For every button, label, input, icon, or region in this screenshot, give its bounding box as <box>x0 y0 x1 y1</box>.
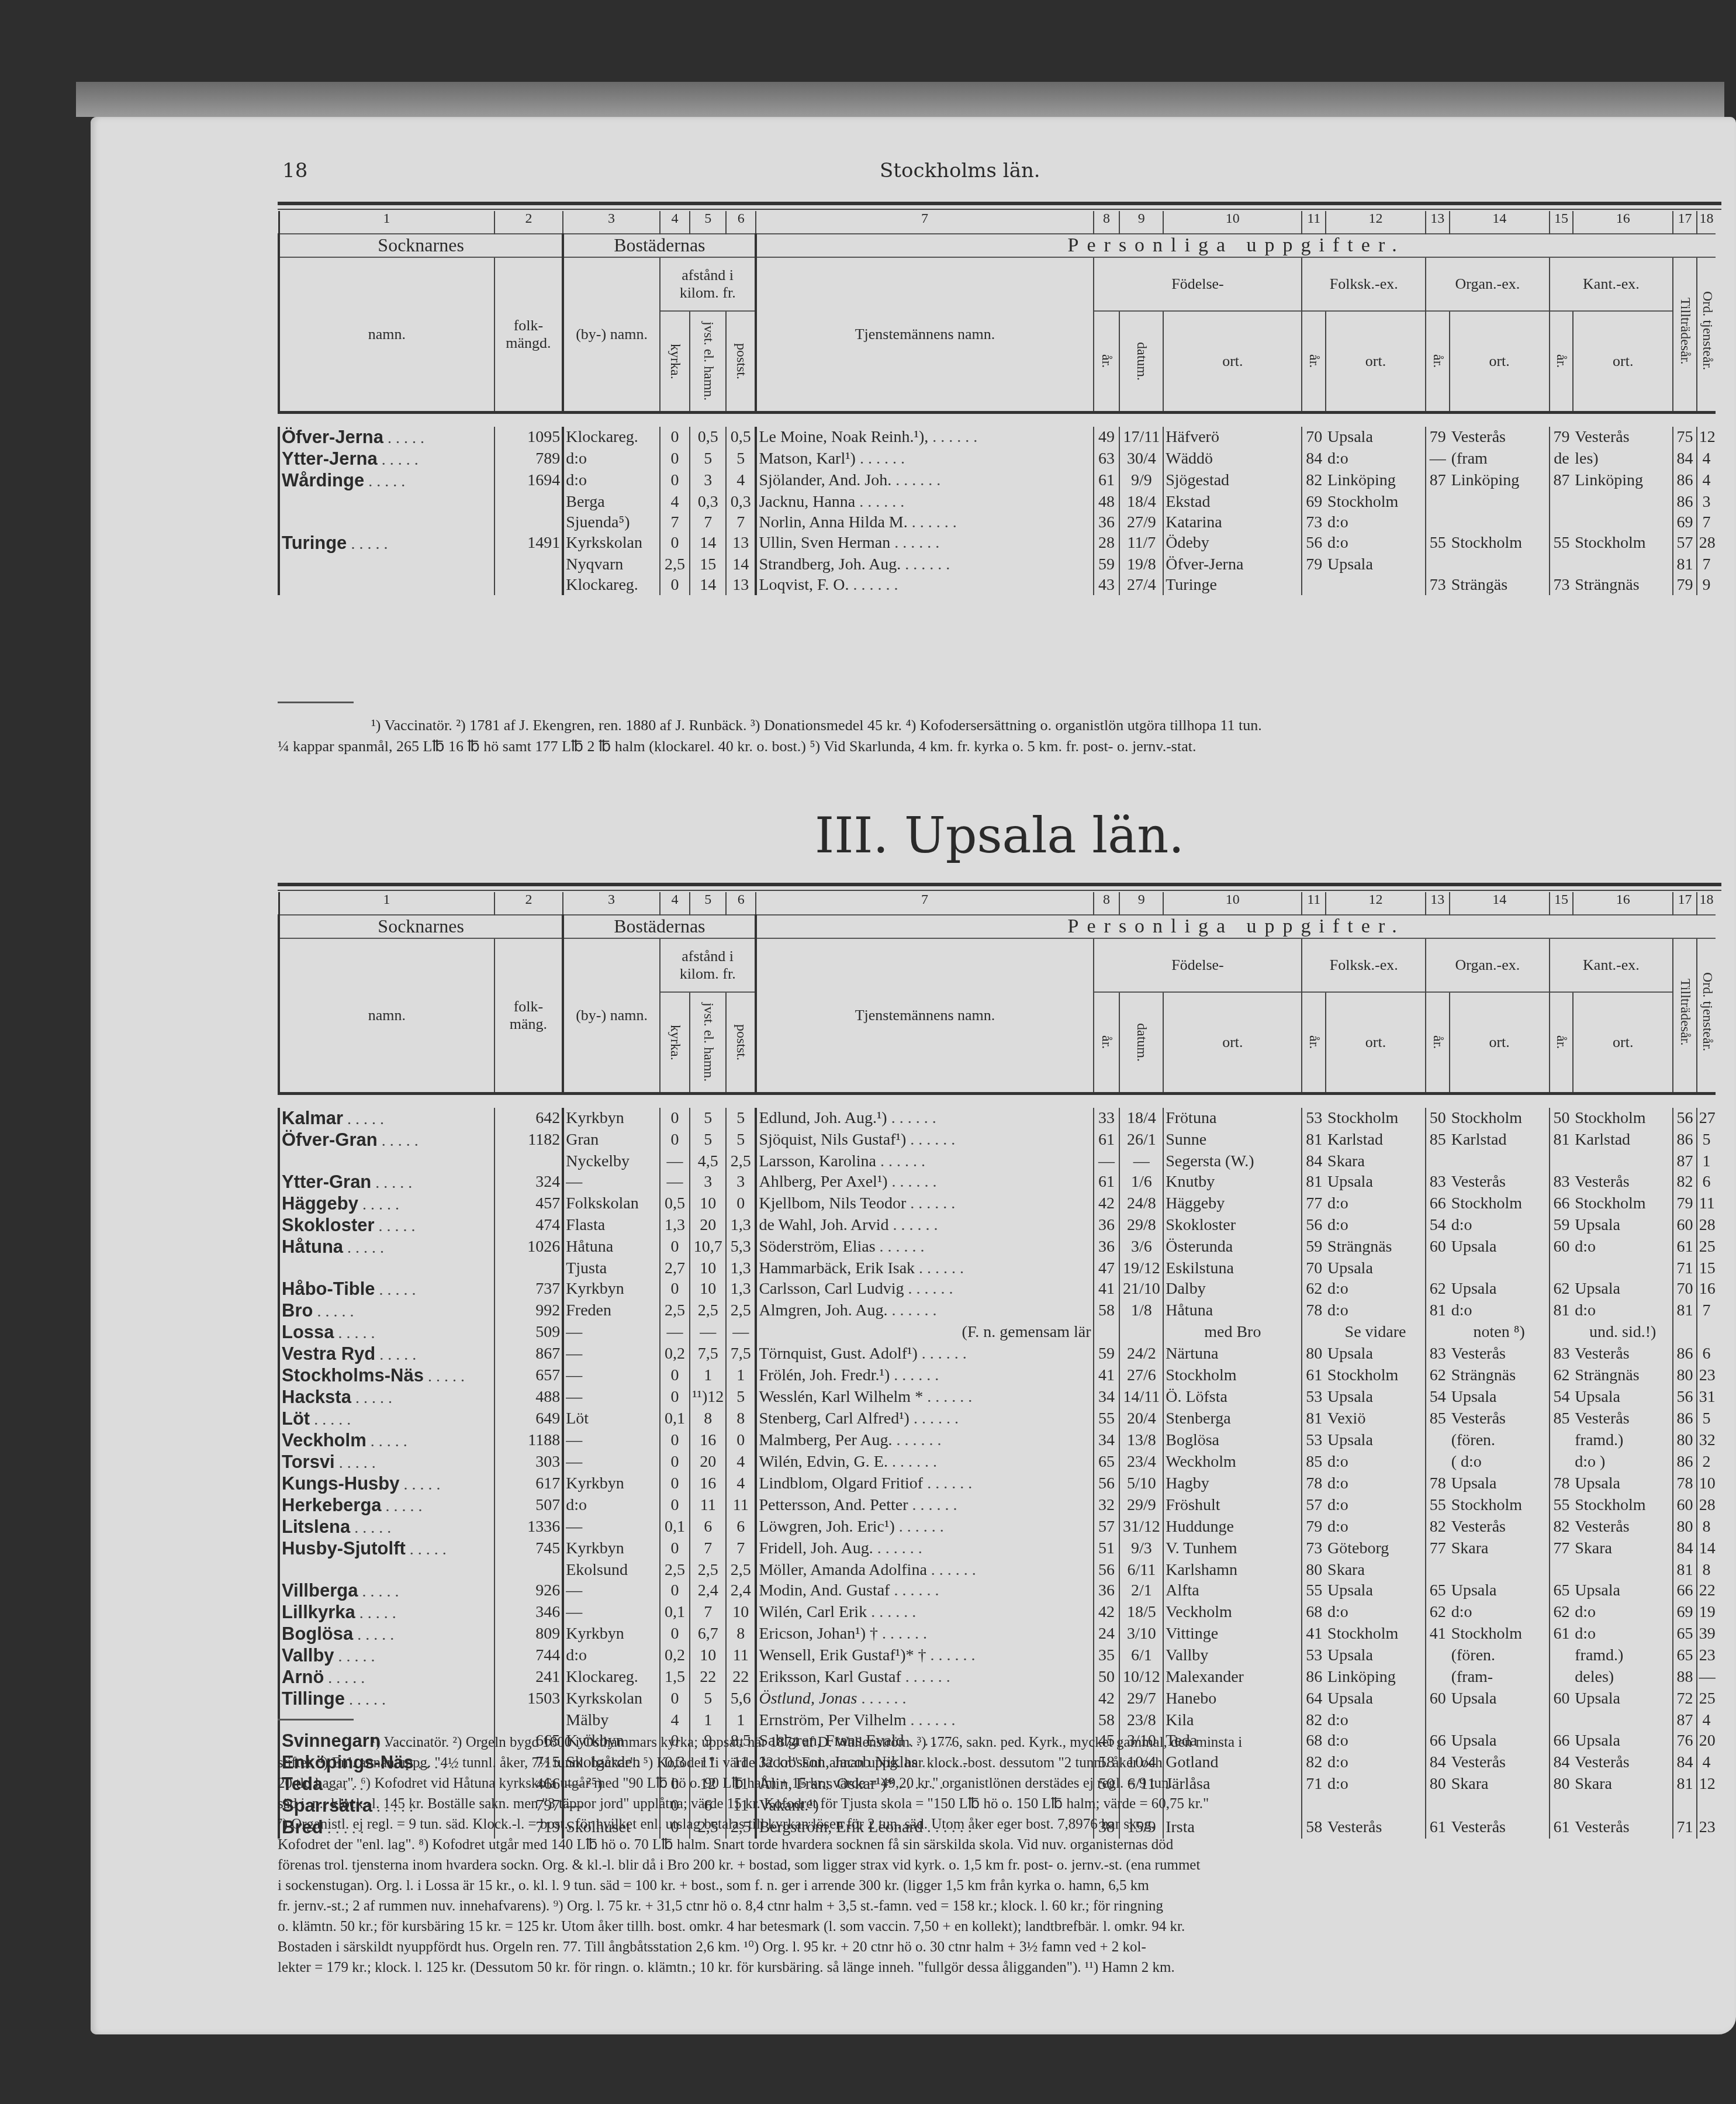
organ-year <box>1426 1151 1450 1172</box>
footnote-line: fr. jernv.-st.; 2 af rummen nuv. innehaf… <box>278 1896 1721 1916</box>
official-name: Löwgren, Joh. Eric¹) <box>759 1518 894 1536</box>
birth-date: 5/10 <box>1119 1473 1163 1495</box>
dist-post: 3 <box>726 1172 756 1193</box>
folksk-year: 78 <box>1302 1300 1326 1322</box>
kant-year <box>1550 1322 1574 1343</box>
birth-date: 1/6 <box>1119 1172 1163 1193</box>
footnote-line: Kofodret der "enl. lag". ⁸) Kofodret utg… <box>278 1834 1721 1855</box>
leader-dots: . . . . . <box>355 1604 396 1622</box>
parish-name: Vestra Ryd <box>282 1343 375 1364</box>
kant-place: Vesterås <box>1573 1172 1673 1193</box>
official-name-cell: Löwgren, Joh. Eric¹) . . . . . . <box>756 1516 1093 1538</box>
folksk-place: Upsala <box>1326 1688 1426 1710</box>
official-name-cell: Wilén, Carl Erik . . . . . . <box>756 1602 1093 1623</box>
accession-year: 57 <box>1673 533 1697 554</box>
official-name: Wensell, Erik Gustaf¹)* † <box>759 1646 926 1664</box>
official-name: Norlin, Anna Hilda M. <box>759 513 907 531</box>
village-name: Nyqvarn <box>563 554 660 575</box>
dist-church: 1,5 <box>660 1667 690 1688</box>
header-organ: Organ.-ex. <box>1426 938 1550 992</box>
column-number: 14 <box>1450 211 1550 234</box>
birth-year: 56 <box>1094 1560 1120 1580</box>
birth-place: Alfta <box>1163 1580 1302 1602</box>
organ-year <box>1426 1430 1450 1452</box>
dist-railway: 14 <box>690 575 726 595</box>
parish-name: Litslena <box>282 1516 350 1537</box>
official-name: Wesslén, Karl Wilhelm * <box>759 1388 923 1406</box>
birth-date: 10/12 <box>1119 1667 1163 1688</box>
accession-year: 80 <box>1673 1365 1697 1387</box>
accession-year: 72 <box>1673 1688 1697 1710</box>
accession-year: 65 <box>1673 1645 1697 1667</box>
leader-dots: . . . . . . <box>888 1301 937 1319</box>
organ-place: d:o <box>1450 1300 1550 1322</box>
village-name: Kyrkskolan <box>563 533 660 554</box>
birth-year: 49 <box>1094 427 1120 448</box>
organ-place: Vesterås <box>1450 1343 1550 1365</box>
dist-post: 8 <box>726 1408 756 1430</box>
organ-place <box>1450 512 1550 533</box>
birth-place: V. Tunhem <box>1163 1538 1302 1560</box>
header-tilltradesar: Tillträdesår. <box>1673 938 1697 1094</box>
birth-year: 36 <box>1094 1236 1120 1258</box>
kant-year: 73 <box>1550 575 1574 595</box>
kant-year: 77 <box>1550 1538 1574 1560</box>
parish-cell: Öfver-Jerna . . . . . <box>279 427 494 448</box>
official-name-cell: Le Moine, Noak Reinh.¹), . . . . . . <box>756 427 1093 448</box>
accession-year: 87 <box>1673 1151 1697 1172</box>
leader-dots: . . . . . . <box>927 1561 976 1579</box>
parish-name: Vallby <box>282 1645 334 1666</box>
birth-date: 27/6 <box>1119 1365 1163 1387</box>
kant-year: 81 <box>1550 1129 1574 1151</box>
official-name-cell: Malmberg, Per Aug. . . . . . . <box>756 1430 1093 1452</box>
population: 744 <box>494 1645 563 1667</box>
column-number: 9 <box>1119 892 1163 915</box>
official-name-cell: Sjöquist, Nils Gustaf¹) . . . . . . <box>756 1129 1093 1151</box>
dist-post: 11 <box>726 1645 756 1667</box>
parish-cell: Lossa . . . . . <box>279 1322 494 1343</box>
table-row: Klockareg.01413Loqvist, F. O. . . . . . … <box>279 575 1716 595</box>
leader-dots: . . . . . <box>371 1174 412 1192</box>
population: 809 <box>494 1623 563 1645</box>
population: 488 <box>494 1387 563 1408</box>
official-name-cell: Ahlberg, Per Axel¹) . . . . . . <box>756 1172 1093 1193</box>
dist-post: 11 <box>726 1495 756 1516</box>
population <box>494 1258 563 1279</box>
header-ord-tjensteår: Ord. tjensteår. <box>1697 257 1716 413</box>
organ-place: Upsala <box>1450 1473 1550 1495</box>
leader-dots: . . . . . . <box>926 1646 976 1664</box>
parish-name: Kalmar <box>282 1108 343 1128</box>
accession-year: 60 <box>1673 1495 1697 1516</box>
birth-year: 35 <box>1094 1645 1120 1667</box>
folksk-place: Vexiö <box>1326 1408 1426 1430</box>
parish-cell: Håtuna . . . . . <box>279 1236 494 1258</box>
header-postst-label: postst. <box>733 993 749 1092</box>
folksk-year: 81 <box>1302 1172 1326 1193</box>
dist-church: 2,5 <box>660 1560 690 1580</box>
leader-dots: . . . . . <box>351 1389 392 1407</box>
kant-year: 61 <box>1550 1623 1574 1645</box>
parish-cell: Litslena . . . . . <box>279 1516 494 1538</box>
footnote-line: ¼ kappar spanmål, 265 L℔ 16 ℔ hö samt 17… <box>278 736 1721 757</box>
table-row: Wårdinge . . . . .1694d:o034Sjölander, A… <box>279 470 1716 492</box>
official-name-cell: Hammarbäck, Erik Isak . . . . . . <box>756 1258 1093 1279</box>
accession-year: 86 <box>1673 492 1697 512</box>
official-name: Kjellbom, Nils Teodor <box>759 1194 906 1212</box>
header-fodelse: Födelse- <box>1094 257 1302 311</box>
kant-place <box>1573 1258 1673 1279</box>
table-row: Skokloster . . . . .474Flasta1,3201,3de … <box>279 1215 1716 1236</box>
birth-date: 27/9 <box>1119 512 1163 533</box>
village-name: Berga <box>563 492 660 512</box>
header-fodelse-ar: år. <box>1094 311 1120 413</box>
accession-year: 81 <box>1673 554 1697 575</box>
table-row: Ekolsund2,52,52,5Möller, Amanda Adolfina… <box>279 1560 1716 1580</box>
kant-place: Upsala <box>1573 1279 1673 1300</box>
folksk-year: 56 <box>1302 1215 1326 1236</box>
dist-railway: 6 <box>690 1516 726 1538</box>
dist-post: 0,5 <box>726 427 756 448</box>
birth-date: 3/10 <box>1119 1623 1163 1645</box>
official-name: de Wahl, Joh. Arvid <box>759 1216 888 1234</box>
table-row: Ytter-Jerna . . . . .789d:o055Matson, Ka… <box>279 448 1716 470</box>
kant-year: 60 <box>1550 1688 1574 1710</box>
leader-dots: . . . . . <box>358 1583 399 1601</box>
birth-year: 24 <box>1094 1623 1120 1645</box>
dist-railway: 2,5 <box>690 1300 726 1322</box>
folksk-year <box>1302 1322 1326 1343</box>
folksk-year: 57 <box>1302 1495 1326 1516</box>
column-number: 17 <box>1673 892 1697 915</box>
leader-dots: . . . . . . <box>855 493 904 511</box>
birth-year: 36 <box>1094 1580 1120 1602</box>
birth-date <box>1119 1322 1163 1343</box>
dist-railway: 10 <box>690 1193 726 1215</box>
kant-place: Strängnäs <box>1573 575 1673 595</box>
kant-year <box>1550 1452 1574 1473</box>
official-name-cell: Frölén, Joh. Fredr.¹) . . . . . . <box>756 1365 1093 1387</box>
column-number: 16 <box>1573 892 1673 915</box>
birth-place: Boglösa <box>1163 1430 1302 1452</box>
footnote-line: ⁷) Organistl. ej regl. = 9 tun. säd. Klo… <box>278 1814 1721 1834</box>
accession-year: 79 <box>1673 575 1697 595</box>
leader-dots: . . . . . <box>375 1281 416 1299</box>
kant-place: Upsala <box>1573 1473 1673 1495</box>
footnote-line: 20 tld hagar". ⁶) Kofodret vid Håtuna ky… <box>278 1773 1721 1794</box>
dist-railway: 3 <box>690 470 726 492</box>
official-name: Ullin, Sven Herman <box>759 534 890 552</box>
birth-year: 41 <box>1094 1279 1120 1300</box>
header-tilltradesar-label: Tillträdesår. <box>1677 258 1693 404</box>
accession-year: 70 <box>1673 1279 1697 1300</box>
folksk-year: 77 <box>1302 1193 1326 1215</box>
dist-railway: 10 <box>690 1279 726 1300</box>
organ-place: Skara <box>1450 1538 1550 1560</box>
accession-year: 86 <box>1673 1343 1697 1365</box>
accession-year: 88 <box>1673 1667 1697 1688</box>
official-name: Östlund, Jonas <box>759 1690 857 1708</box>
table-row: Nyckelby—4,52,5Larsson, Karolina . . . .… <box>279 1151 1716 1172</box>
accession-year: 86 <box>1673 1452 1697 1473</box>
organ-year: 77 <box>1426 1538 1450 1560</box>
table-row: Lossa . . . . .509————(F. n. gemensam lä… <box>279 1322 1716 1343</box>
folksk-year: 53 <box>1302 1387 1326 1408</box>
dist-church: 0 <box>660 1580 690 1602</box>
birth-year: 43 <box>1094 575 1120 595</box>
dist-railway: 5 <box>690 1108 726 1129</box>
birth-year: 51 <box>1094 1538 1120 1560</box>
village-name: d:o <box>563 470 660 492</box>
accession-year: 80 <box>1673 1430 1697 1452</box>
official-name-cell: Jacknu, Hanna . . . . . . <box>756 492 1093 512</box>
official-name: Frölén, Joh. Fredr.¹) <box>759 1366 890 1384</box>
kant-place: deles) <box>1573 1667 1673 1688</box>
parish-name: Husby-Sjutolft <box>282 1538 406 1559</box>
population: 474 <box>494 1215 563 1236</box>
header-kyrka-label: kyrka. <box>667 312 683 411</box>
table-row: Vallby . . . . .744d:o0,21011Wensell, Er… <box>279 1645 1716 1667</box>
leader-dots: . . . . . . <box>901 555 950 573</box>
parish-name: Hacksta <box>282 1387 351 1407</box>
service-years: 7 <box>1697 554 1716 575</box>
official-name: Sjölander, And. Joh. <box>759 471 891 489</box>
dist-church: 0 <box>660 1279 690 1300</box>
population: 642 <box>494 1108 563 1129</box>
dist-church: 4 <box>660 492 690 512</box>
header-organ-ort: ort. <box>1450 992 1550 1094</box>
organ-year: 85 <box>1426 1408 1450 1430</box>
kant-year <box>1550 1258 1574 1279</box>
birth-year: 61 <box>1094 470 1120 492</box>
kant-place <box>1573 1151 1673 1172</box>
village-name: Kyrkbyn <box>563 1279 660 1300</box>
header-datum-label: datum. <box>1133 993 1149 1092</box>
folksk-place: d:o <box>1326 1495 1426 1516</box>
service-years: 23 <box>1697 1645 1716 1667</box>
dist-church: 0 <box>660 1473 690 1495</box>
header-organ-ar-label: år. <box>1430 312 1445 411</box>
parish-cell <box>279 575 494 595</box>
organ-place: Strängnäs <box>1450 1365 1550 1387</box>
accession-year: 61 <box>1673 1236 1697 1258</box>
dist-railway: 7 <box>690 1602 726 1623</box>
official-name: Modin, And. Gustaf <box>759 1581 890 1599</box>
official-name-cell: Almgren, Joh. Aug. . . . . . . <box>756 1300 1093 1322</box>
birth-place: Eskilstuna <box>1163 1258 1302 1279</box>
official-name-cell: Stenberg, Carl Alfred¹) . . . . . . <box>756 1408 1093 1430</box>
header-datum-label: datum. <box>1133 312 1149 411</box>
birth-year: 34 <box>1094 1430 1120 1452</box>
running-header: 18 Stockholms län. <box>278 159 1721 188</box>
leader-dots: . . . . . . <box>888 1216 938 1234</box>
population: 1694 <box>494 470 563 492</box>
organ-place: d:o <box>1450 1602 1550 1623</box>
column-number: 2 <box>494 892 563 915</box>
accession-year: 69 <box>1673 512 1697 533</box>
service-years: 39 <box>1697 1623 1716 1645</box>
dist-railway: 15 <box>690 554 726 575</box>
header-folksk-ar-label: år. <box>1306 993 1322 1092</box>
service-years: 23 <box>1697 1365 1716 1387</box>
folksk-year: 79 <box>1302 554 1326 575</box>
table-row: Sjuenda⁵)777Norlin, Anna Hilda M. . . . … <box>279 512 1716 533</box>
running-title: Stockholms län. <box>880 159 1040 182</box>
folksk-year: 53 <box>1302 1108 1326 1129</box>
birth-place: Vittinge <box>1163 1623 1302 1645</box>
birth-date: 18/4 <box>1119 492 1163 512</box>
birth-place: Öfver-Jerna <box>1163 554 1302 575</box>
parish-name: Öfver-Jerna <box>282 427 383 447</box>
header-fodelse-ort: ort. <box>1163 311 1302 413</box>
village-name: Gran <box>563 1129 660 1151</box>
table-row: Boglösa . . . . .809Kyrkbyn06,78Ericson,… <box>279 1623 1716 1645</box>
organ-year <box>1426 492 1450 512</box>
kant-year: 66 <box>1550 1193 1574 1215</box>
folksk-year: 84 <box>1302 1151 1326 1172</box>
leader-dots: . . . . . . <box>890 534 939 552</box>
organ-place <box>1450 1560 1550 1580</box>
official-name-cell: Norlin, Anna Hilda M. . . . . . . <box>756 512 1093 533</box>
folksk-place: Upsala <box>1326 1387 1426 1408</box>
folksk-year <box>1302 575 1326 595</box>
official-name: Ericson, Johan¹) † <box>759 1625 878 1643</box>
service-years: 15 <box>1697 1258 1716 1279</box>
dist-church: 0,1 <box>660 1602 690 1623</box>
organ-year <box>1426 1645 1450 1667</box>
organ-place: Vesterås <box>1450 1516 1550 1538</box>
service-years: 11 <box>1697 1193 1716 1215</box>
accession-year: 78 <box>1673 1473 1697 1495</box>
dist-church: 0 <box>660 1495 690 1516</box>
leader-dots: . . . . . . <box>887 1109 936 1127</box>
population: 1491 <box>494 533 563 554</box>
table-row: Kalmar . . . . .642Kyrkbyn055Edlund, Joh… <box>279 1108 1716 1129</box>
footnote-line: ¹) Vaccinatör. ²) Orgeln bygd 1800 i Öst… <box>278 1732 1721 1753</box>
birth-place: Huddunge <box>1163 1516 1302 1538</box>
birth-date: 3/6 <box>1119 1236 1163 1258</box>
kant-year: 79 <box>1550 427 1574 448</box>
official-name: (F. n. gemensam lär <box>962 1323 1091 1341</box>
dist-church: 0 <box>660 1129 690 1151</box>
service-years: 6 <box>1697 1172 1716 1193</box>
dist-railway: 20 <box>690 1215 726 1236</box>
organ-place: Vesterås <box>1450 1408 1550 1430</box>
official-name-cell: Ullin, Sven Herman . . . . . . <box>756 533 1093 554</box>
dist-post: 1,3 <box>726 1279 756 1300</box>
service-years: 9 <box>1697 575 1716 595</box>
official-name: Pettersson, And. Petter <box>759 1496 908 1514</box>
dist-railway: 11 <box>690 1495 726 1516</box>
official-name-cell: (F. n. gemensam lär <box>756 1322 1093 1343</box>
leader-dots: . . . . . . <box>849 576 898 594</box>
birth-date: 29/9 <box>1119 1495 1163 1516</box>
organ-year: — <box>1426 448 1450 470</box>
header-fodelse-ar-label: år. <box>1098 312 1114 411</box>
parish-cell: Veckholm . . . . . <box>279 1430 494 1452</box>
parish-cell: Ytter-Gran . . . . . <box>279 1172 494 1193</box>
parish-name: Villberga <box>282 1580 358 1601</box>
organ-place: Stockholm <box>1450 1623 1550 1645</box>
birth-date: 18/4 <box>1119 1108 1163 1129</box>
parish-name: Tillinge <box>282 1688 345 1709</box>
leader-dots: . . . . . . <box>890 1366 939 1384</box>
kant-year: 62 <box>1550 1602 1574 1623</box>
organ-year <box>1426 512 1450 533</box>
service-years: 25 <box>1697 1688 1716 1710</box>
official-name: Carlsson, Carl Ludvig <box>759 1280 904 1298</box>
table-row: Öfver-Jerna . . . . .1095Klockareg.00,50… <box>279 427 1716 448</box>
dist-church: 0 <box>660 1108 690 1129</box>
header-folksk-ar-label: år. <box>1306 312 1322 411</box>
parish-cell: Herkeberga . . . . . <box>279 1495 494 1516</box>
leader-dots: . . . . . <box>334 1324 375 1342</box>
parish-cell: Husby-Sjutolft . . . . . <box>279 1538 494 1560</box>
leader-dots: . . . . . <box>324 1669 365 1687</box>
parish-name: Skokloster <box>282 1215 375 1235</box>
folksk-place <box>1326 575 1426 595</box>
village-name: Kyrkbyn <box>563 1473 660 1495</box>
kant-place: Vesterås <box>1573 1516 1673 1538</box>
official-name: Larsson, Karolina <box>759 1152 876 1170</box>
dist-post: 1 <box>726 1365 756 1387</box>
organ-place: d:o <box>1450 1215 1550 1236</box>
folksk-place: d:o <box>1326 448 1426 470</box>
folksk-place: Skara <box>1326 1151 1426 1172</box>
official-name-cell: Larsson, Karolina . . . . . . <box>756 1151 1093 1172</box>
official-name-cell: Wesslén, Karl Wilhelm * . . . . . . <box>756 1387 1093 1408</box>
kant-year: 62 <box>1550 1279 1574 1300</box>
birth-year: 59 <box>1094 1343 1120 1365</box>
organ-year <box>1426 1452 1450 1473</box>
table-row: Ytter-Gran . . . . .324——33Ahlberg, Per … <box>279 1172 1716 1193</box>
population: 867 <box>494 1343 563 1365</box>
official-name-cell: de Wahl, Joh. Arvid . . . . . . <box>756 1215 1093 1236</box>
table-row: Villberga . . . . .926—02,42,4Modin, And… <box>279 1580 1716 1602</box>
leader-dots: . . . . . . <box>876 1238 925 1256</box>
kant-year: 78 <box>1550 1473 1574 1495</box>
header-organ-ar: år. <box>1426 311 1450 413</box>
dist-church: 0 <box>660 448 690 470</box>
organ-place: Upsala <box>1450 1279 1550 1300</box>
population: 745 <box>494 1538 563 1560</box>
leader-dots: . . . . . . <box>878 1625 927 1643</box>
organ-year: 55 <box>1426 533 1450 554</box>
table-row: Nyqvarn2,51514Strandberg, Joh. Aug. . . … <box>279 554 1716 575</box>
organ-year: 54 <box>1426 1215 1450 1236</box>
dist-church: 0,5 <box>660 1193 690 1215</box>
dist-railway: 10 <box>690 1258 726 1279</box>
header-ord_tjensteår-label: Ord. tjensteår. <box>1699 939 1715 1085</box>
population: 617 <box>494 1473 563 1495</box>
kant-place: Karlstad <box>1573 1129 1673 1151</box>
birth-year: 50 <box>1094 1667 1120 1688</box>
column-number: 16 <box>1573 211 1673 234</box>
table-row: Torsvi . . . . .303—0204Wilén, Edvin, G.… <box>279 1452 1716 1473</box>
organ-year: 55 <box>1426 1495 1450 1516</box>
leader-dots: . . . . . <box>364 472 405 490</box>
dist-post: 4 <box>726 470 756 492</box>
dist-post: 6 <box>726 1516 756 1538</box>
birth-year: 63 <box>1094 448 1120 470</box>
header-afstand: afstånd i kilom. fr. <box>660 257 756 311</box>
dist-church: 2,5 <box>660 554 690 575</box>
kant-year: 60 <box>1550 1236 1574 1258</box>
village-name: — <box>563 1387 660 1408</box>
leader-dots: . . . . . <box>334 1647 375 1666</box>
folksk-place: Linköping <box>1326 1667 1426 1688</box>
